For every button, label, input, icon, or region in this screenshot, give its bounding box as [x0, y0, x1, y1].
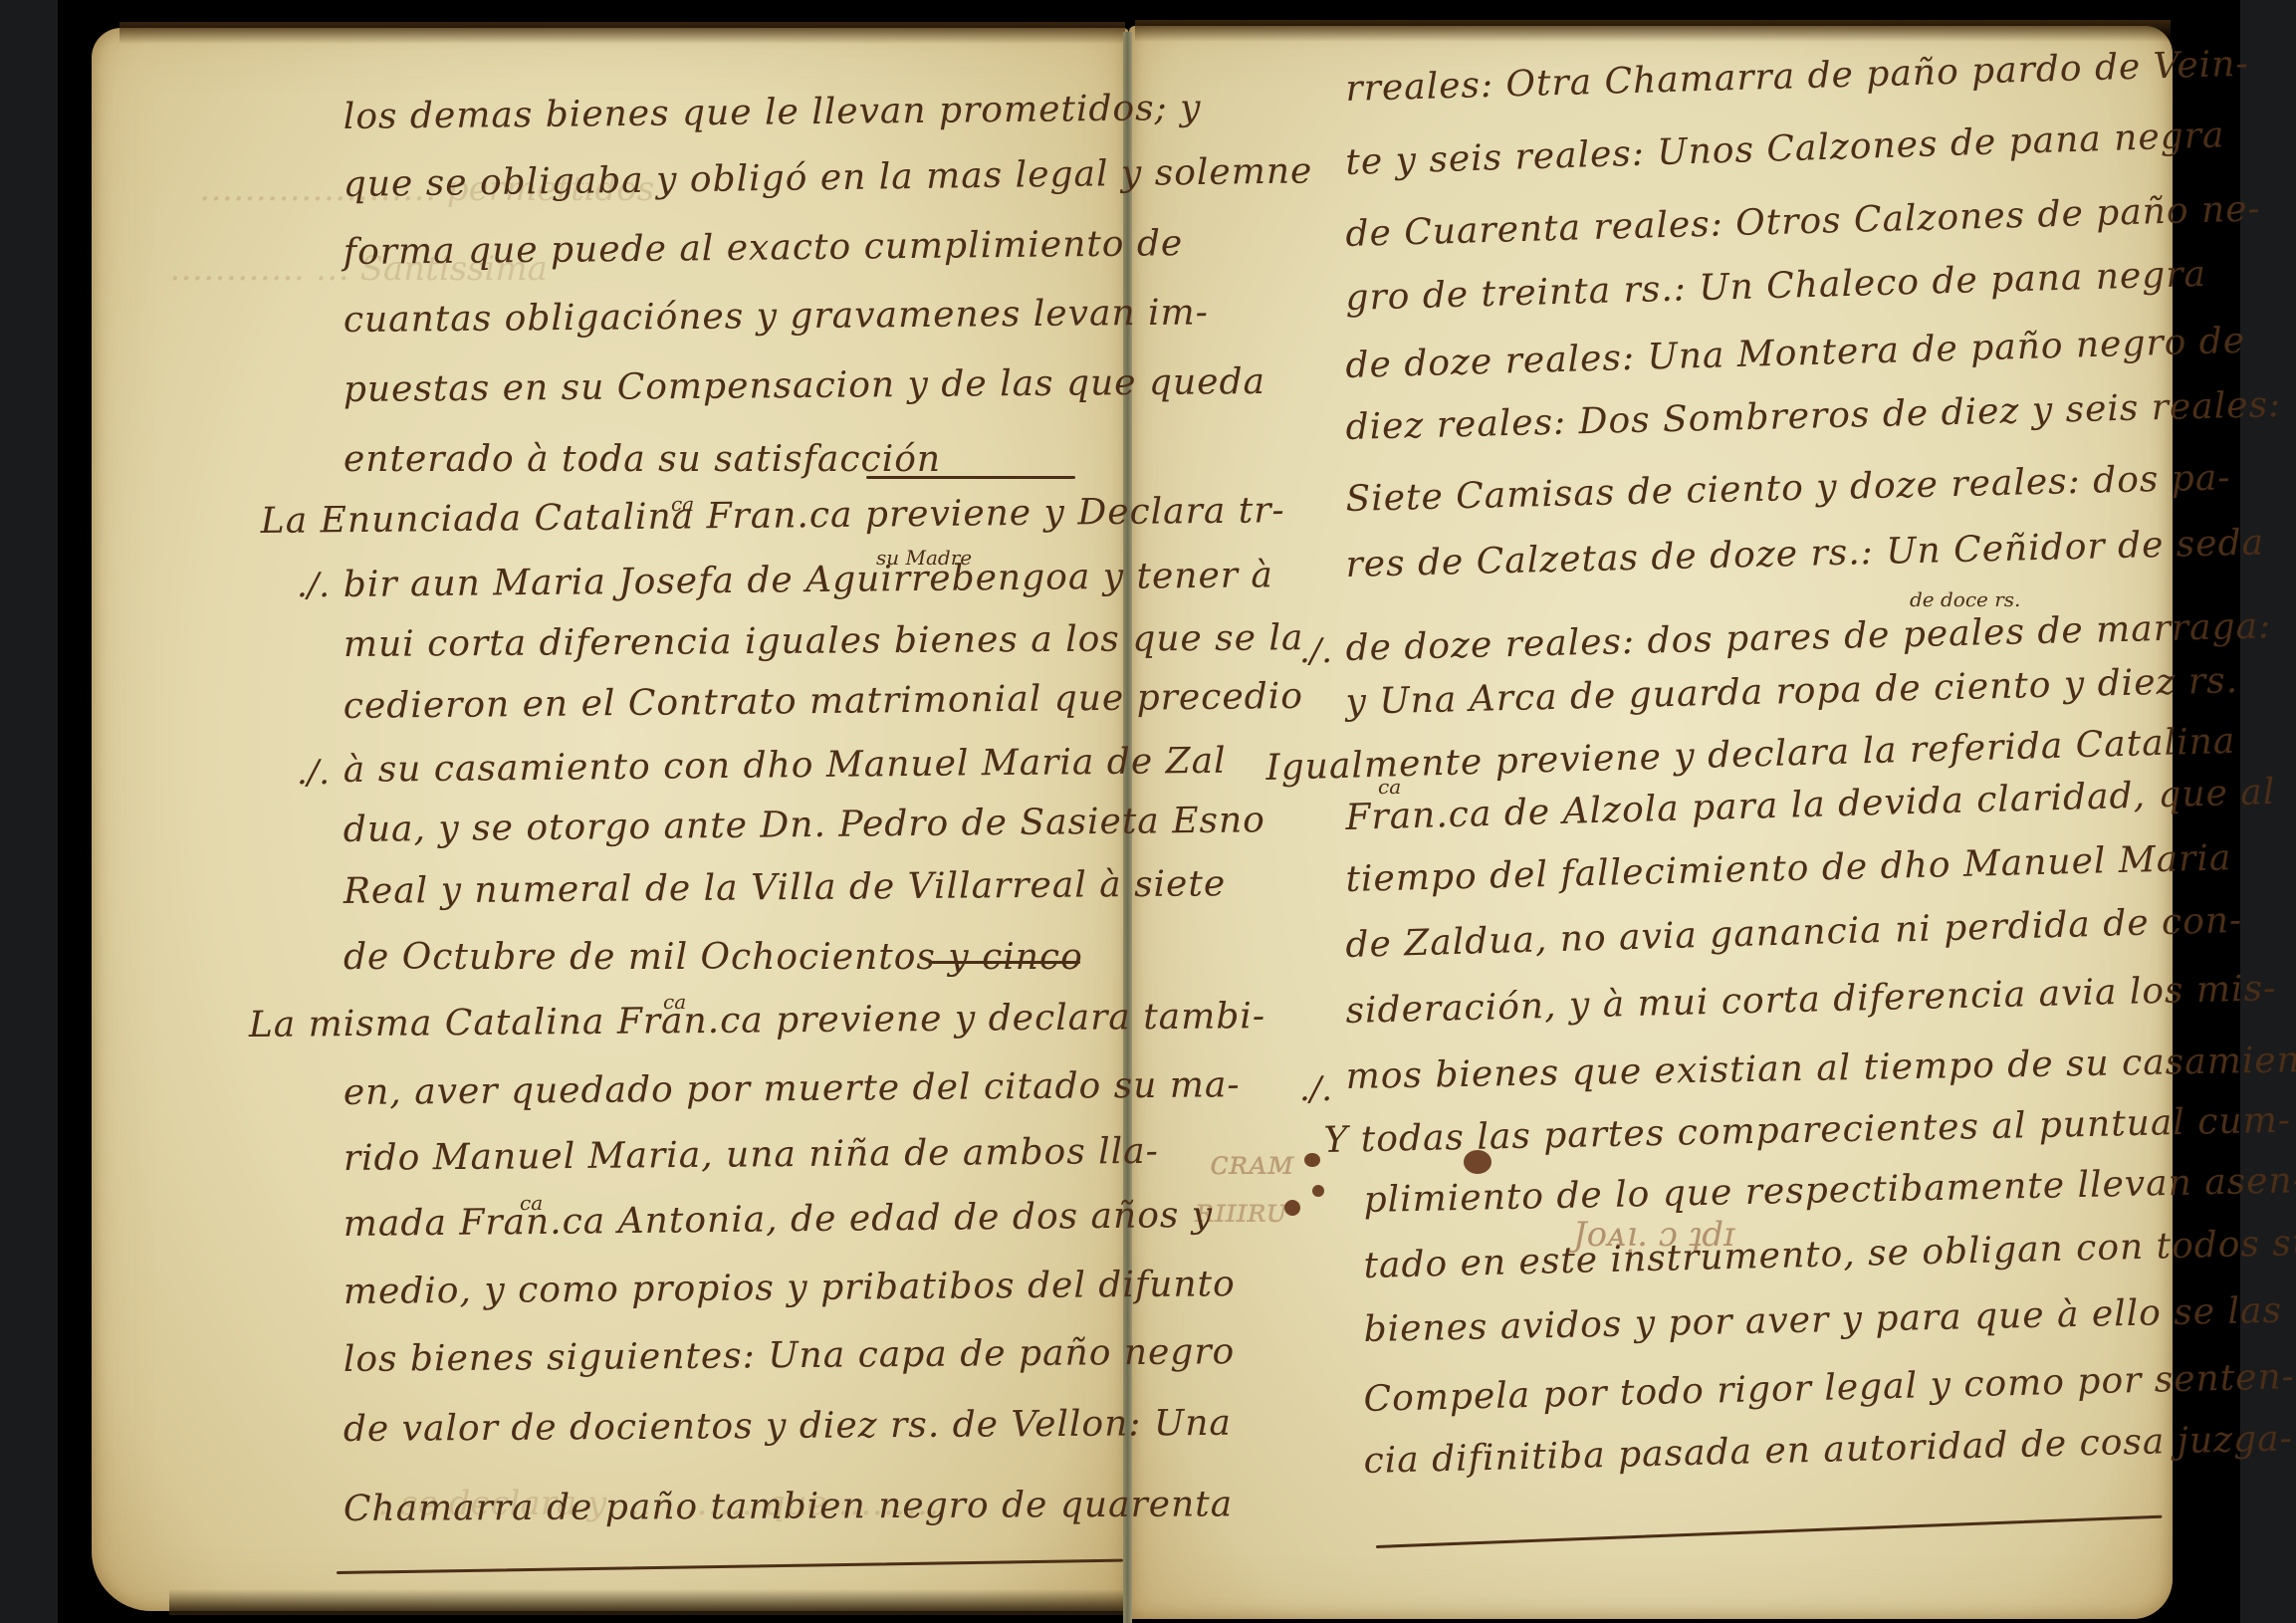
margin-mark: ./. [297, 566, 330, 605]
manuscript-line: cedieron en el Contrato matrimonial que … [344, 679, 1303, 725]
right-page-top-edge [1135, 20, 2171, 42]
margin-mark: ./. [1299, 631, 1332, 671]
manuscript-line: puestas en su Compensacion y de las que … [344, 364, 1265, 408]
manuscript-line: mada Fran.ca Antonia, de edad de dos año… [344, 1198, 1214, 1243]
scanner-side-band-left [0, 0, 58, 1623]
manuscript-line: los demas bienes que le llevan prometido… [344, 91, 1202, 135]
manuscript-line: à su casamiento con dho Manuel Maria de … [344, 744, 1227, 789]
line-filler-dash [866, 476, 1075, 479]
margin-mark: ./. [1299, 1069, 1332, 1109]
manuscript-line: los bienes siguientes: Una capa de paño … [344, 1334, 1236, 1378]
manuscript-line: Real y numeral de la Villa de Villarreal… [344, 866, 1227, 910]
manuscript-line: bir aun Maria Josefa de Aguirrebengoa y … [344, 558, 1273, 603]
interlinear-note: ca [520, 1191, 543, 1215]
manuscript-line: forma que puede al exacto cumplimiento d… [344, 226, 1184, 271]
manuscript-line: dua, y se otorgo ante Dn. Pedro de Sasie… [344, 803, 1265, 848]
bleed-through-text: Joᴀᴉ. ɔ ʇdɪ [1573, 1215, 1734, 1255]
line-filler-dash [931, 961, 1080, 964]
manuscript-line: Chamarra de paño tambien negro de quaren… [344, 1487, 1233, 1527]
manuscript-line: cuantas obligaciónes y gravamenes levan … [344, 295, 1209, 339]
manuscript-line: en, aver quedado por muerte del citado s… [344, 1067, 1241, 1111]
ink-blot [1284, 1200, 1300, 1216]
left-page-bottom-edge [169, 1589, 1125, 1615]
interlinear-note: ca [1378, 775, 1401, 799]
ink-blot [1304, 1153, 1320, 1167]
interlinear-note: ca [663, 990, 686, 1014]
manuscript-line: rido Manuel Maria, una niña de ambos lla… [344, 1134, 1159, 1177]
ink-blot [1464, 1150, 1492, 1174]
manuscript-line: medio, y como propios y pribatibos del d… [344, 1267, 1236, 1310]
manuscript-line: de Octubre de mil Ochocientos y cinco [344, 940, 1083, 976]
manuscript-line: La misma Catalina Fran.ca previene y dec… [249, 999, 1265, 1043]
interlinear-note: ca [671, 492, 694, 516]
manuscript-line: enterado à toda su satisfacción [344, 442, 941, 478]
manuscript-line: mui corta diferencia iguales bienes a lo… [344, 620, 1304, 663]
bleed-through-text: ᴄʀᴀᴍ [1210, 1143, 1293, 1183]
left-page-top-edge [119, 22, 1125, 44]
interlinear-note: de doce rs. [1910, 587, 2020, 611]
interlinear-note: su Madre [876, 546, 972, 570]
bleed-through-text: ʀɪɪɪʀᴜ [1195, 1191, 1286, 1231]
ink-blot [1312, 1185, 1324, 1197]
manuscript-line: de valor de docientos y diez rs. de Vell… [344, 1406, 1232, 1448]
margin-mark: ./. [297, 753, 330, 793]
